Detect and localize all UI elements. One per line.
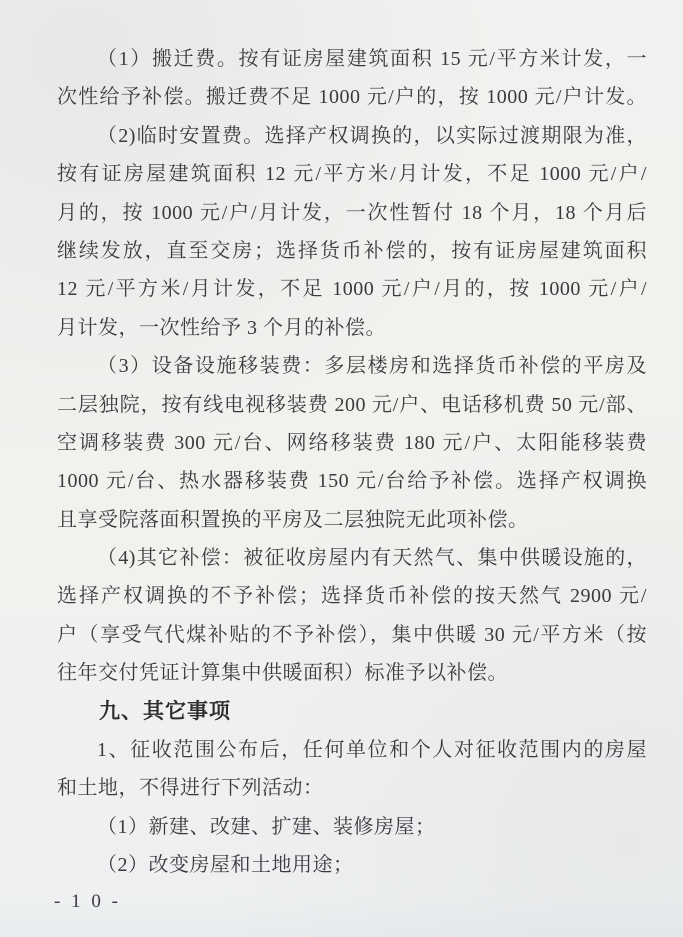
text-line: 1000 元/台、热水器移装费 150 元/台给予补偿。选择产权调换 [57, 462, 647, 500]
text-line: 和土地，不得进行下列活动： [57, 769, 647, 807]
text-line: （2）改变房屋和土地用途； [57, 846, 647, 884]
text-column: （1）搬迁费。按有证房屋建筑面积 15 元/平方米计发，一次性给予补偿。搬迁费不… [57, 40, 647, 885]
text-line: 且享受院落面积置换的平房及二层独院无此项补偿。 [57, 501, 647, 539]
text-line: （3）设备设施移装费：多层楼房和选择货币补偿的平房及 [57, 347, 647, 385]
text-line: （2)临时安置费。选择产权调换的，以实际过渡期限为准， [57, 117, 647, 155]
text-line: 1、征收范围公布后，任何单位和个人对征收范围内的房屋 [57, 731, 647, 769]
text-line: 月的，按 1000 元/户/月计发，一次性暂付 18 个月，18 个月后 [57, 194, 647, 232]
text-line: （1）新建、改建、扩建、装修房屋； [57, 808, 647, 846]
text-line: 12 元/平方米/月计发，不足 1000 元/户/月的，按 1000 元/户/ [57, 270, 647, 308]
text-line: 继续发放，直至交房；选择货币补偿的，按有证房屋建筑面积 [57, 232, 647, 270]
text-line: 二层独院，按有线电视移装费 200 元/户、电话移机费 50 元/部、 [57, 386, 647, 424]
text-line: 户（享受气代煤补贴的不予补偿），集中供暖 30 元/平方米（按 [57, 616, 647, 654]
page-number: - 1 0 - [54, 891, 121, 913]
text-line: 按有证房屋建筑面积 12 元/平方米/月计发，不足 1000 元/户/ [57, 155, 647, 193]
text-line: 往年交付凭证计算集中供暖面积）标准予以补偿。 [57, 654, 647, 692]
section-heading: 九、其它事项 [57, 693, 647, 731]
text-line: 选择产权调换的不予补偿；选择货币补偿的按天然气 2900 元/ [57, 577, 647, 615]
text-line: 次性给予补偿。搬迁费不足 1000 元/户的，按 1000 元/户计发。 [57, 78, 647, 116]
text-line: 月计发，一次性给予 3 个月的补偿。 [57, 309, 647, 347]
text-line: （4)其它补偿：被征收房屋内有天然气、集中供暖设施的， [57, 539, 647, 577]
document-page: （1）搬迁费。按有证房屋建筑面积 15 元/平方米计发，一次性给予补偿。搬迁费不… [0, 0, 683, 937]
text-line: （1）搬迁费。按有证房屋建筑面积 15 元/平方米计发，一 [57, 40, 647, 78]
text-line: 空调移装费 300 元/台、网络移装费 180 元/户、太阳能移装费 [57, 424, 647, 462]
